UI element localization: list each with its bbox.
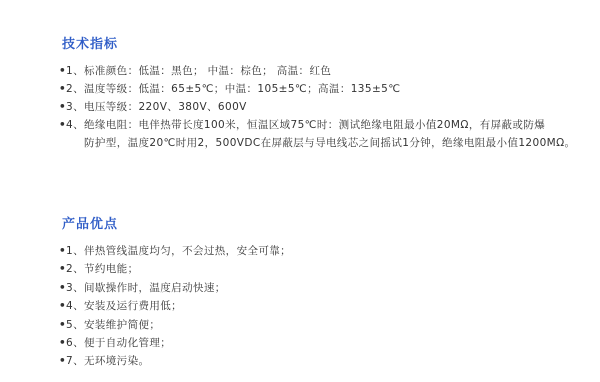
advantage-text: 2、节约电能； [66,263,138,275]
advantages-list: •1、伴热管线温度均匀，不会过热，安全可靠； •2、节约电能； •3、间歇操作时… [59,242,291,371]
spec-insulation-resistance: 4、绝缘电阻：电伴热带长度100米，恒温区域75℃时：测试绝缘电阻最小值20MΩ… [66,119,545,131]
list-item: •6、便于自动化管理； [59,334,291,352]
section-title-specs: 技术指标 [62,37,118,53]
spec-temperature-grade: 2、温度等级：低温：65±5℃；中温：105±5℃；高温：135±5℃ [66,83,400,95]
list-item: •2、温度等级：低温：65±5℃；中温：105±5℃；高温：135±5℃ [59,80,575,98]
bullet-icon: • [59,62,66,80]
bullet-icon: • [59,242,66,260]
list-item: •1、伴热管线温度均匀，不会过热，安全可靠； [59,242,291,260]
list-item-continuation: 防护型，温度20℃时用2，500VDC在屏蔽层与导电线芯之间摇试1分钟，绝缘电阻… [59,134,575,152]
bullet-icon: • [59,316,66,334]
list-item: •1、标准颜色：低温：黑色； 中温：棕色； 高温：红色 [59,62,575,80]
bullet-icon: • [59,334,66,352]
list-item: •3、电压等级：220V、380V、600V [59,98,575,116]
spec-standard-color: 1、标准颜色：低温：黑色； 中温：棕色； 高温：红色 [66,65,331,77]
list-item: •2、节约电能； [59,260,291,278]
specs-list: •1、标准颜色：低温：黑色； 中温：棕色； 高温：红色 •2、温度等级：低温：6… [59,62,575,152]
spec-voltage-grade: 3、电压等级：220V、380V、600V [66,101,247,113]
advantage-text: 3、间歇操作时，温度启动快速； [66,282,226,294]
advantage-text: 6、便于自动化管理； [66,337,171,349]
list-item: •5、安装维护简便； [59,316,291,334]
list-item: •4、绝缘电阻：电伴热带长度100米，恒温区域75℃时：测试绝缘电阻最小值20M… [59,116,575,134]
bullet-icon: • [59,279,66,297]
advantage-text: 7、无环境污染。 [66,355,149,367]
advantage-text: 5、安装维护简便； [66,319,160,331]
spec-insulation-resistance-continued: 防护型，温度20℃时用2，500VDC在屏蔽层与导电线芯之间摇试1分钟，绝缘电阻… [84,137,575,149]
list-item: •7、无环境污染。 [59,352,291,370]
bullet-icon: • [59,98,66,116]
list-item: •3、间歇操作时，温度启动快速； [59,279,291,297]
list-item: •4、安装及运行费用低； [59,297,291,315]
advantage-text: 1、伴热管线温度均匀，不会过热，安全可靠； [66,245,291,257]
bullet-icon: • [59,80,66,98]
bullet-icon: • [59,116,66,134]
section-title-advantages: 产品优点 [62,217,118,233]
bullet-icon: • [59,297,66,315]
bullet-icon: • [59,352,66,370]
advantage-text: 4、安装及运行费用低； [66,300,182,312]
bullet-icon: • [59,260,66,278]
